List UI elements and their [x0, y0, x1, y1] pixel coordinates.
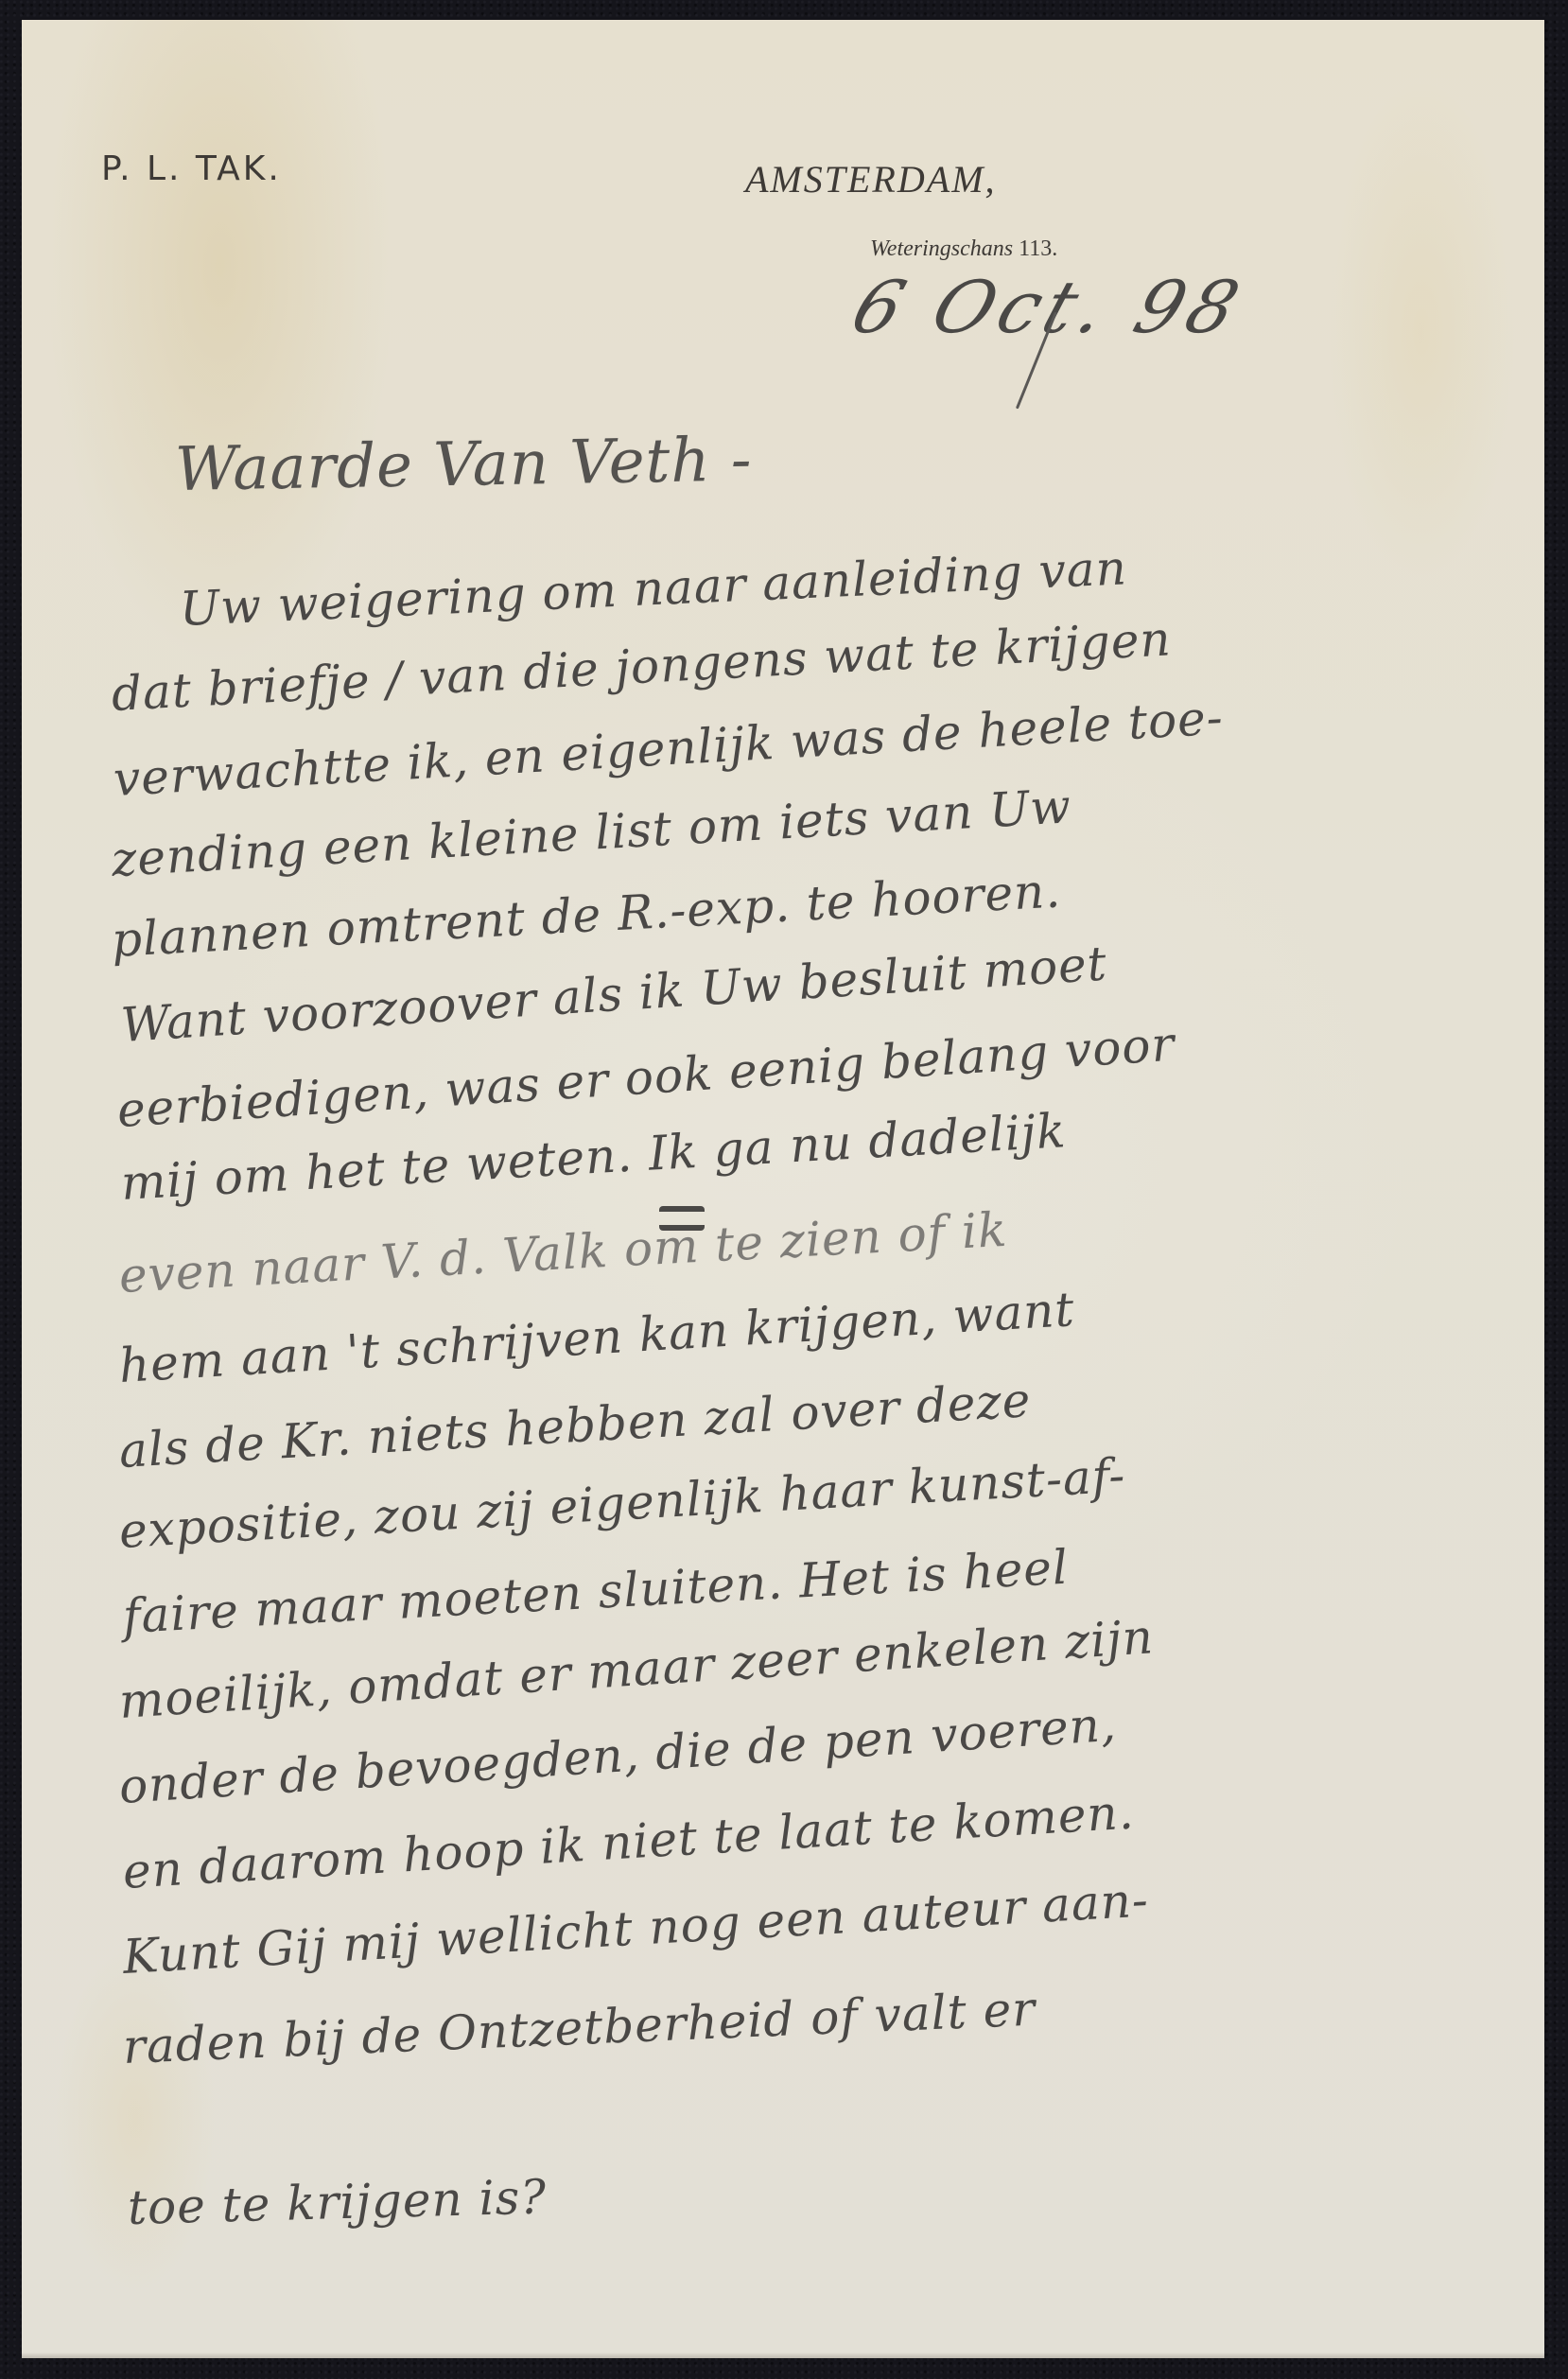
letter-salutation: Waarde Van Veth -: [174, 425, 753, 505]
letterhead-address: Weteringschans 113.: [870, 236, 1057, 262]
letterhead-house-number: 113.: [1019, 236, 1057, 261]
letterhead-city: AMSTERDAM,: [745, 157, 997, 201]
letterhead-sender: P. L. TAK.: [101, 149, 282, 188]
letter-line: toe te krijgen is?: [127, 2169, 547, 2235]
letterhead-street: Weteringschans: [870, 236, 1013, 261]
letter-date: 6 Oct. 98: [843, 265, 1255, 349]
